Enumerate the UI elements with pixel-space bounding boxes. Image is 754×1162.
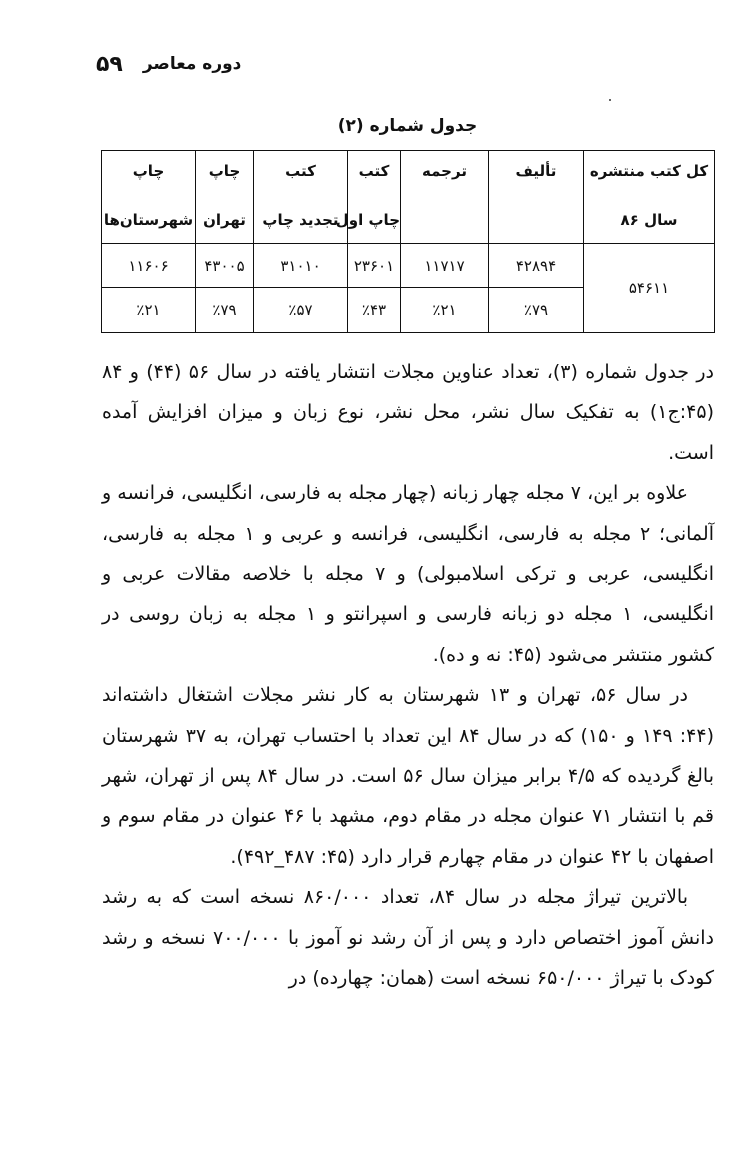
table-header-row: کل کتب منتشرهسال ۸۶ تألیف ترجمه کتبچاپ ا…	[102, 151, 715, 244]
page-header: دوره معاصر ۵۹	[96, 48, 296, 80]
paragraph: بالاترین تیراژ مجله در سال ۸۴، تعداد ۸۶۰…	[102, 877, 714, 998]
header-printed-tehran: چاپتهران	[196, 151, 254, 244]
cell-percent: ٪۵۷	[254, 288, 348, 333]
cell-count: ۴۳۰۰۵	[196, 244, 254, 288]
table-row-counts: ۵۴۶۱۱ ۴۲۸۹۴ ۱۱۷۱۷ ۲۳۶۰۱ ۳۱۰۱۰ ۴۳۰۰۵ ۱۱۶۰…	[102, 244, 715, 288]
cell-count: ۱۱۶۰۶	[102, 244, 196, 288]
cell-percent: ٪۴۳	[348, 288, 401, 333]
paragraph: در جدول شماره (۳)، تعداد عناوین مجلات ان…	[102, 352, 714, 473]
scan-speck	[609, 99, 611, 101]
books-statistics-table: کل کتب منتشرهسال ۸۶ تألیف ترجمه کتبچاپ ا…	[101, 150, 715, 333]
cell-count: ۱۱۷۱۷	[401, 244, 489, 288]
cell-count: ۲۳۶۰۱	[348, 244, 401, 288]
cell-percent: ٪۷۹	[489, 288, 584, 333]
cell-percent: ٪۲۱	[401, 288, 489, 333]
total-books-value: ۵۴۶۱۱	[584, 244, 715, 333]
header-translated: ترجمه	[401, 151, 489, 244]
running-title: دوره معاصر	[143, 54, 242, 74]
paragraph: در سال ۵۶، تهران و ۱۳ شهرستان به کار نشر…	[102, 675, 714, 877]
header-total-books: کل کتب منتشرهسال ۸۶	[584, 151, 715, 244]
paragraph: علاوه بر این، ۷ مجله چهار زبانه (چهار مج…	[102, 473, 714, 675]
header-first-edition: کتبچاپ اول	[348, 151, 401, 244]
cell-percent: ٪۷۹	[196, 288, 254, 333]
header-authored: تألیف	[489, 151, 584, 244]
header-printed-provinces: چاپشهرستان‌ها	[102, 151, 196, 244]
header-reprint: کتبتجدید چاپ	[254, 151, 348, 244]
cell-count: ۴۲۸۹۴	[489, 244, 584, 288]
page-number: ۵۹	[96, 52, 123, 77]
cell-count: ۳۱۰۱۰	[254, 244, 348, 288]
body-text: در جدول شماره (۳)، تعداد عناوین مجلات ان…	[102, 352, 714, 999]
table-caption: جدول شماره (۲)	[101, 116, 714, 136]
cell-percent: ٪۲۱	[102, 288, 196, 333]
